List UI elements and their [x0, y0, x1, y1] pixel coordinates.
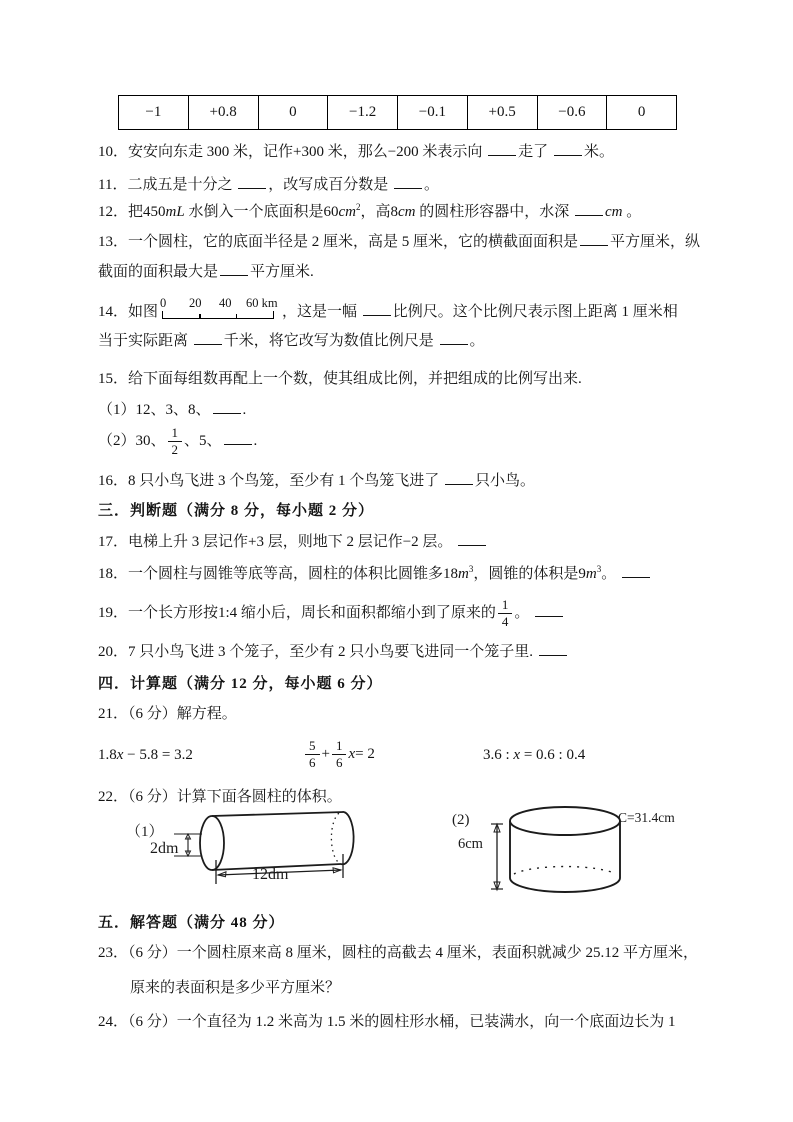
table-cell: +0.8 — [188, 96, 258, 130]
question-23-line-1: 23．（6 分）一个圆柱原来高 8 厘米，圆柱的高截去 4 厘米，表面积就减少 … — [98, 943, 698, 963]
diagram-2-number-label: (2) — [452, 812, 470, 829]
answer-blank — [220, 263, 248, 276]
cylinder-diagram-2: (2) 6cm C=31.4cm — [440, 796, 700, 904]
answer-blank — [213, 401, 241, 414]
question-14-line-1: 14．如图0204060 km，这是一幅 比例尺。这个比例尺表示图上距离 1 厘… — [98, 296, 678, 322]
question-19: 19．一个长方形按1:4 缩小后，周长和面积都缩小到了原来的14。 — [98, 598, 565, 630]
question-14-line-2: 当于实际距离 千米，将它改写为数值比例尺是 。 — [98, 331, 485, 351]
answer-blank — [580, 233, 608, 246]
ruler-tick-label: 60 km — [246, 296, 278, 310]
question-13-line-1: 13．一个圆柱，它的底面半径是 2 厘米，高是 5 厘米，它的横截面面积是平方厘… — [98, 232, 700, 252]
table-cell: −1 — [119, 96, 189, 130]
question-20: 20．7 只小鸟飞进 3 个笼子，至少有 2 只小鸟要飞进同一个笼子里. — [98, 642, 569, 662]
cylinder-diagram-1: （1） 2dm 12dm — [118, 804, 363, 899]
answer-blank — [535, 604, 563, 617]
diagram-1-length-label: 12dm — [252, 866, 288, 884]
section-3-heading: 三．判断题（满分 8 分，每小题 2 分） — [98, 501, 374, 521]
question-23-line-2: 原来的表面积是多少平方厘米？ — [130, 978, 340, 998]
ruler-tick-label: 20 — [189, 296, 202, 310]
number-table: −1+0.80−1.2−0.1+0.5−0.60 — [118, 95, 677, 130]
answer-blank — [539, 643, 567, 656]
diagram-1-diameter-label: 2dm — [150, 840, 178, 858]
question-15: 15．给下面每组数再配上一个数，使其组成比例，并把组成的比例写出来. — [98, 369, 582, 389]
answer-blank — [238, 176, 266, 189]
equation-3: 3.6 : x = 0.6 : 0.4 — [483, 745, 585, 765]
answer-blank — [194, 332, 222, 345]
scale-ruler-icon: 0204060 km — [162, 296, 274, 319]
diagram-2-circumference-label: C=31.4cm — [618, 810, 675, 826]
answer-blank — [224, 432, 252, 445]
question-11: 11．二成五是十分之 ，改写成百分数是 。 — [98, 175, 439, 195]
ruler-tick-label: 0 — [160, 296, 166, 310]
question-17: 17．电梯上升 3 层记作+3 层，则地下 2 层记作−2 层。 — [98, 532, 488, 552]
answer-blank — [488, 143, 516, 156]
question-15-part-2: （2）30、12、5、. — [98, 426, 257, 458]
answer-blank — [440, 332, 468, 345]
question-16: 16．8 只小鸟飞进 3 个鸟笼，至少有 1 个鸟笼飞进了 只小鸟。 — [98, 471, 535, 491]
equation-row: 1.8x − 5.8 = 3.2 56+16x= 2 3.6 : x = 0.6… — [98, 735, 718, 783]
answer-blank — [622, 565, 650, 578]
section-5-heading: 五．解答题（满分 48 分） — [98, 913, 285, 933]
question-12: 12．把450mL 水倒入一个底面积是60cm2，高8cm 的圆柱形容器中，水深… — [98, 202, 641, 222]
section-4-heading: 四．计算题（满分 12 分，每小题 6 分） — [98, 674, 383, 694]
ruler-tick-label: 40 — [219, 296, 232, 310]
question-10: 10．安安向东走 300 米，记作+300 米，那么−200 米表示向 走了 米… — [98, 142, 614, 162]
equation-1: 1.8x − 5.8 = 3.2 — [98, 745, 193, 765]
table-cell: −0.1 — [398, 96, 468, 130]
answer-blank — [394, 176, 422, 189]
question-21: 21．（6 分）解方程。 — [98, 704, 237, 724]
question-24: 24．（6 分）一个直径为 1.2 米高为 1.5 米的圆柱形水桶，已装满水，向… — [98, 1012, 676, 1032]
answer-blank — [575, 203, 603, 216]
table-cell: −0.6 — [537, 96, 607, 130]
question-15-part-1: （1）12、3、8、. — [98, 400, 246, 420]
answer-blank — [554, 143, 582, 156]
table-cell: 0 — [258, 96, 328, 130]
answer-blank — [458, 533, 486, 546]
question-13-line-2: 截面的面积最大是平方厘米. — [98, 262, 314, 282]
number-table-row: −1+0.80−1.2−0.1+0.5−0.60 — [119, 96, 677, 130]
diagram-1-number-label: （1） — [126, 820, 164, 841]
table-cell: 0 — [607, 96, 677, 130]
answer-blank — [445, 472, 473, 485]
table-cell: +0.5 — [467, 96, 537, 130]
table-cell: −1.2 — [328, 96, 398, 130]
equation-2: 56+16x= 2 — [303, 739, 375, 771]
question-18: 18．一个圆柱与圆锥等底等高，圆柱的体积比圆锥多18m3，圆锥的体积是9m3。 — [98, 564, 652, 584]
exam-paper-page: −1+0.80−1.2−0.1+0.5−0.60 10．安安向东走 300 米，… — [0, 0, 793, 1122]
answer-blank — [363, 303, 391, 316]
diagram-2-height-label: 6cm — [458, 836, 483, 853]
